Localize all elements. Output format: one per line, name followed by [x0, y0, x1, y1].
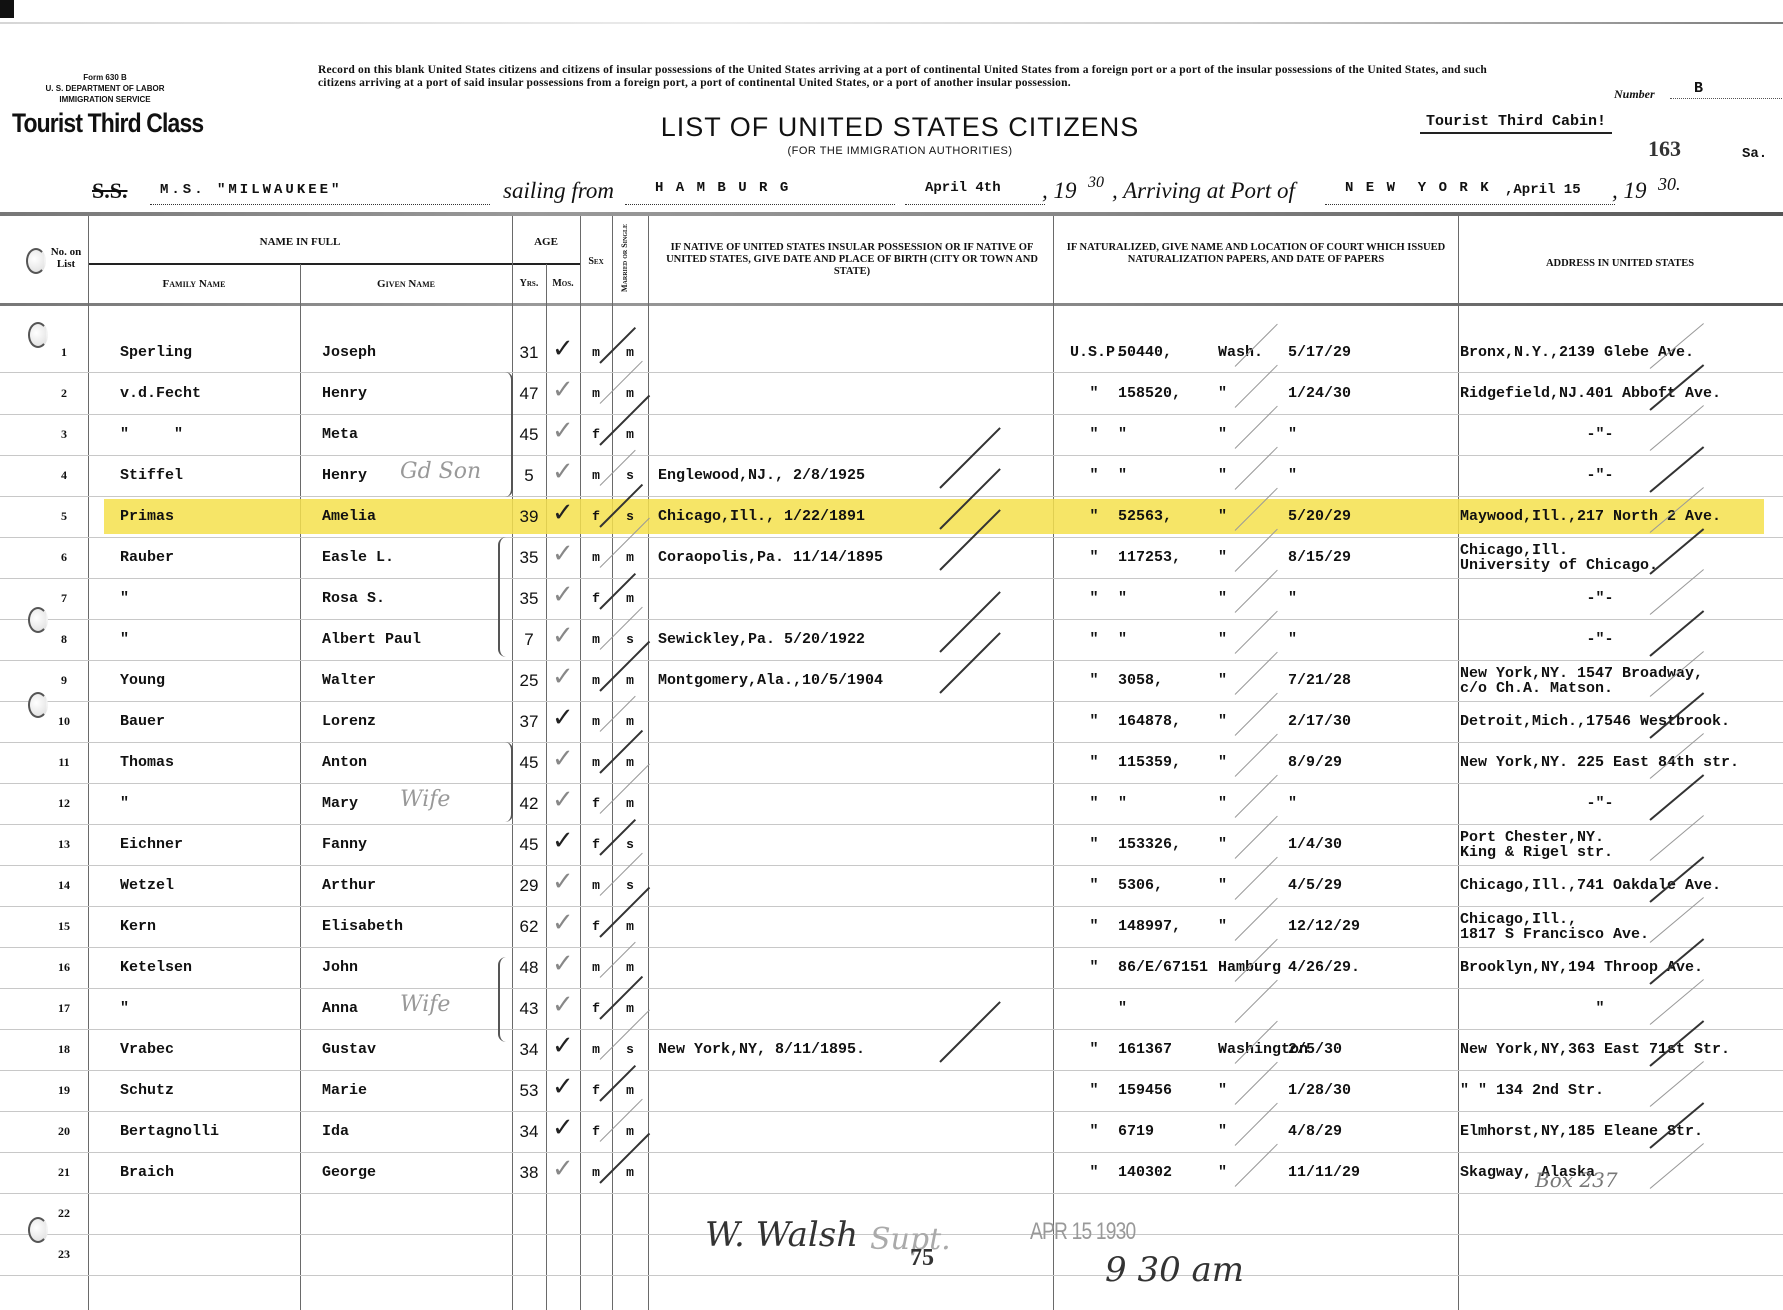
family-name: Braich	[120, 1152, 300, 1193]
us-address: Chicago,Ill.University of Chicago.	[1460, 537, 1780, 578]
table-row: 3" "Meta45fm " " " " -"-✓	[0, 414, 1783, 455]
age-years: 7	[512, 619, 546, 660]
address-line: -"-	[1440, 427, 1760, 442]
given-name: Henry	[322, 373, 512, 414]
nat-date: "	[1288, 795, 1388, 812]
address-line: -"-	[1440, 468, 1760, 483]
table-row: 10BauerLorenz37mm " 164878, " 2/17/30 De…	[0, 701, 1783, 742]
address-line: University of Chicago.	[1460, 558, 1658, 573]
marital-status: m	[612, 660, 648, 701]
nat-date: 1/28/30	[1288, 1082, 1388, 1099]
table-row: 17"Anna43fm " "Wife✓	[0, 988, 1783, 1029]
age-years: 47	[512, 373, 546, 414]
arrival-date: ,April 15	[1505, 182, 1581, 198]
nat-court-type: "	[1070, 426, 1118, 443]
nat-court-type: "	[1070, 1082, 1118, 1099]
age-months	[546, 1234, 580, 1275]
given-name: Ida	[322, 1111, 512, 1152]
nat-certificate-number: "	[1118, 1000, 1218, 1017]
marital-status: m	[612, 947, 648, 988]
departure-date: April 4th	[925, 180, 1001, 196]
us-address	[1460, 1193, 1780, 1234]
age-years: 29	[512, 865, 546, 906]
sex: m	[580, 1029, 612, 1070]
given-name: Lorenz	[322, 701, 512, 742]
birth-place-date: Montgomery,Ala.,10/5/1904	[658, 660, 1048, 701]
marital-status: m	[612, 332, 648, 373]
service: IMMIGRATION SERVICE	[30, 94, 180, 105]
family-name: Sperling	[120, 332, 300, 373]
us-address: Ridgefield,NJ.401 Abboft Ave.	[1460, 373, 1780, 414]
nat-certificate-number: 3058,	[1118, 672, 1218, 689]
passenger-count: 75	[910, 1245, 934, 1272]
family-name: "	[120, 988, 300, 1029]
nat-court-type: "	[1070, 713, 1118, 730]
arrival-port: N E W Y O R K	[1345, 180, 1491, 196]
nat-certificate-number: 158520,	[1118, 385, 1218, 402]
nat-date: "	[1288, 631, 1388, 648]
nat-date: 12/12/29	[1288, 918, 1388, 935]
sex	[580, 1193, 612, 1234]
check-mark-icon: ✓	[552, 1072, 574, 1102]
marital-status: m	[612, 701, 648, 742]
family-name: Bauer	[120, 701, 300, 742]
us-address: Chicago,Ill.,741 Oakdale Ave.	[1460, 865, 1780, 906]
list-number: 10	[40, 701, 88, 742]
list-number: 23	[40, 1234, 88, 1275]
given-name: John	[322, 947, 512, 988]
given-name: Easle L.	[322, 537, 512, 578]
us-address: -"-	[1460, 455, 1780, 496]
check-mark-icon: ✓	[552, 908, 574, 938]
check-mark-icon: ✓	[552, 498, 574, 528]
us-address: -"-	[1460, 783, 1780, 824]
age-years	[512, 1234, 546, 1275]
number-label: Number	[1614, 87, 1655, 102]
department: U. S. DEPARTMENT OF LABOR	[30, 83, 180, 94]
family-name: Bertagnolli	[120, 1111, 300, 1152]
address-line: New York,NY. 1547 Broadway,	[1460, 666, 1703, 681]
marital-status: m	[612, 578, 648, 619]
given-name: Fanny	[322, 824, 512, 865]
sex: m	[580, 537, 612, 578]
page-number: 163	[1648, 136, 1681, 162]
address-line: Bronx,N.Y.,2139 Glebe Ave.	[1460, 345, 1694, 360]
family-name: Kern	[120, 906, 300, 947]
header-naturalized: IF NATURALIZED, GIVE NAME AND LOCATION O…	[1060, 242, 1452, 266]
nat-court-type: "	[1070, 836, 1118, 853]
address-line: Chicago,Ill.,	[1460, 912, 1577, 927]
list-number: 9	[40, 660, 88, 701]
nat-certificate-number: "	[1118, 426, 1218, 443]
inspector-signature: W. Walsh	[705, 1215, 858, 1255]
nat-court-type: "	[1070, 631, 1118, 648]
arriving-label: , Arriving at Port of	[1112, 178, 1295, 204]
birth-place-date	[658, 1152, 1048, 1193]
check-mark-icon: ✓	[552, 1031, 574, 1061]
table-row: 7"Rosa S.35fm " " " " -"-✓	[0, 578, 1783, 619]
nat-certificate-number: 5306,	[1118, 877, 1218, 894]
age-months	[546, 1193, 580, 1234]
nat-date: 2/5/30	[1288, 1041, 1388, 1058]
nat-court-type: "	[1070, 385, 1118, 402]
list-number: 6	[40, 537, 88, 578]
birth-place-date	[658, 414, 1048, 455]
nat-certificate-number: 140302	[1118, 1164, 1218, 1181]
table-row: 11ThomasAnton45mm " 115359, " 8/9/29 New…	[0, 742, 1783, 783]
table-row: 18VrabecGustav34msNew York,NY, 8/11/1895…	[0, 1029, 1783, 1070]
address-line: -"-	[1440, 632, 1760, 647]
check-mark-icon: ✓	[552, 744, 574, 774]
family-name: Schutz	[120, 1070, 300, 1111]
vessel-prefix-struck: S.S.	[92, 178, 127, 204]
table-row: 13EichnerFanny45fs " 153326, " 1/4/30 Po…	[0, 824, 1783, 865]
age-years: 34	[512, 1111, 546, 1152]
nat-certificate-number: 117253,	[1118, 549, 1218, 566]
check-mark-icon: ✓	[552, 785, 574, 815]
nat-court-type: "	[1070, 959, 1118, 976]
sex: m	[580, 619, 612, 660]
address-line: New York,NY. 225 East 84th str.	[1460, 755, 1739, 770]
marital-status: m	[612, 1152, 648, 1193]
list-number: 18	[40, 1029, 88, 1070]
row-rule	[0, 1275, 1783, 1276]
header-married-single: Married or Single	[619, 218, 631, 298]
list-number: 3	[40, 414, 88, 455]
us-address: -"-	[1460, 619, 1780, 660]
sailing-from-label: sailing from	[503, 178, 614, 204]
header-given-name: Given Name	[300, 278, 512, 290]
birth-place-date: New York,NY, 8/11/1895.	[658, 1029, 1048, 1070]
marital-status: m	[612, 1070, 648, 1111]
table-row: 15KernElisabeth62fm " 148997, " 12/12/29…	[0, 906, 1783, 947]
list-number: 19	[40, 1070, 88, 1111]
table-row: 6RauberEasle L.35mmCoraopolis,Pa. 11/14/…	[0, 537, 1783, 578]
nat-date: 11/11/29	[1288, 1164, 1388, 1181]
header-age: AGE	[512, 236, 580, 248]
handwritten-relation-note: Gd Son	[400, 459, 481, 484]
nat-date: 1/4/30	[1288, 836, 1388, 853]
given-name: Amelia	[322, 496, 512, 537]
number-value: B	[1694, 80, 1703, 97]
check-mark-icon: ✓	[552, 703, 574, 733]
header-family-name: Family Name	[88, 278, 300, 290]
family-brace	[498, 537, 506, 657]
family-name: "	[120, 578, 300, 619]
list-number: 8	[40, 619, 88, 660]
table-row: 14WetzelArthur29ms " 5306, " 4/5/29 Chic…	[0, 865, 1783, 906]
punch-hole	[26, 248, 46, 274]
check-mark-icon: ✓	[552, 539, 574, 569]
age-years: 25	[512, 660, 546, 701]
nat-certificate-number: 86/E/67151	[1118, 959, 1218, 976]
header-yrs: Yrs.	[512, 278, 546, 290]
list-number: 17	[40, 988, 88, 1029]
arrival-time-note: 9 30 am	[1105, 1250, 1244, 1290]
age-years: 35	[512, 578, 546, 619]
check-mark-icon: ✓	[552, 662, 574, 692]
table-row: 21BraichGeorge38mm " 140302 " 11/11/29 S…	[0, 1152, 1783, 1193]
age-years: 45	[512, 742, 546, 783]
table-row: 9YoungWalter25mmMontgomery,Ala.,10/5/190…	[0, 660, 1783, 701]
nat-court-type: "	[1070, 1164, 1118, 1181]
age-years: 35	[512, 537, 546, 578]
list-number: 12	[40, 783, 88, 824]
nat-certificate-number: "	[1118, 590, 1218, 607]
sex	[580, 1234, 612, 1275]
family-brace	[498, 957, 506, 1042]
class-title: Tourist Third Class	[12, 108, 203, 139]
nat-court-type: "	[1070, 549, 1118, 566]
header-sex: Sex	[580, 256, 612, 268]
list-number: 11	[40, 742, 88, 783]
address-line: -"-	[1440, 796, 1760, 811]
list-number: 22	[40, 1193, 88, 1234]
header-no-on-list: No. on List	[44, 246, 88, 270]
record-instructions: Record on this blank United States citiz…	[318, 64, 1508, 90]
header-mos: Mos.	[546, 278, 580, 290]
sex: m	[580, 701, 612, 742]
nat-certificate-number: 148997,	[1118, 918, 1218, 935]
birth-place-date	[658, 742, 1048, 783]
header-birth: IF NATIVE OF UNITED STATES INSULAR POSSE…	[660, 242, 1044, 278]
given-name: Walter	[322, 660, 512, 701]
list-number: 13	[40, 824, 88, 865]
nat-date: 2/17/30	[1288, 713, 1388, 730]
table-row: 5PrimasAmelia39fsChicago,Ill., 1/22/1891…	[0, 496, 1783, 537]
page-suffix: Sa.	[1742, 146, 1767, 162]
address-line: -"-	[1440, 591, 1760, 606]
marital-status: m	[612, 414, 648, 455]
us-address: Elmhorst,NY,185 Eleane Str.	[1460, 1111, 1780, 1152]
page-title: LIST OF UNITED STATES CITIZENS	[620, 112, 1180, 143]
given-name: Marie	[322, 1070, 512, 1111]
sex: m	[580, 455, 612, 496]
list-number: 1	[40, 332, 88, 373]
birth-place-date	[658, 578, 1048, 619]
nat-court-type: "	[1070, 1041, 1118, 1058]
given-name: Joseph	[322, 332, 512, 373]
sex: m	[580, 947, 612, 988]
marital-status: s	[612, 455, 648, 496]
birth-place-date	[658, 906, 1048, 947]
family-name: Wetzel	[120, 865, 300, 906]
family-name: v.d.Fecht	[120, 373, 300, 414]
check-mark-icon: ✓	[552, 621, 574, 651]
given-name	[322, 1234, 512, 1275]
age-years: 39	[512, 496, 546, 537]
address-note: Box 237	[1535, 1168, 1618, 1192]
birth-place-date	[658, 701, 1048, 742]
marital-status: m	[612, 1111, 648, 1152]
header-bottom-rule	[0, 303, 1783, 306]
nat-court-type: "	[1070, 508, 1118, 525]
list-number: 15	[40, 906, 88, 947]
departure-port: H A M B U R G	[655, 180, 790, 196]
family-name: "	[120, 783, 300, 824]
us-address: Detroit,Mich.,17546 Westbrook.	[1460, 701, 1780, 742]
age-years: 53	[512, 1070, 546, 1111]
birth-place-date: Sewickley,Pa. 5/20/1922	[658, 619, 1048, 660]
age-years: 42	[512, 783, 546, 824]
marital-status: s	[612, 1029, 648, 1070]
age-years: 34	[512, 1029, 546, 1070]
us-address: "	[1460, 988, 1780, 1029]
family-name: Thomas	[120, 742, 300, 783]
us-address: Skagway, Alaska	[1460, 1152, 1780, 1193]
marital-status: m	[612, 783, 648, 824]
birth-place-date	[658, 332, 1048, 373]
age-years: 38	[512, 1152, 546, 1193]
header-address: ADDRESS IN UNITED STATES	[1460, 258, 1780, 270]
age-years	[512, 1193, 546, 1234]
table-row: 4StiffelHenry5msEnglewood,NJ., 2/8/1925 …	[0, 455, 1783, 496]
page-subtitle: (FOR THE IMMIGRATION AUTHORITIES)	[620, 145, 1180, 157]
nat-court-type: "	[1070, 754, 1118, 771]
marital-status: m	[612, 988, 648, 1029]
nat-certificate-number: 159456	[1118, 1082, 1218, 1099]
check-mark-icon: ✓	[552, 949, 574, 979]
nat-date: 5/17/29	[1288, 344, 1388, 361]
birth-place-date	[658, 1070, 1048, 1111]
table-row: 12"Mary42fm " " " " -"-Wife✓	[0, 783, 1783, 824]
departure-year-prefix: , 19	[1042, 178, 1077, 204]
list-number: 20	[40, 1111, 88, 1152]
nat-certificate-number: 153326,	[1118, 836, 1218, 853]
us-address: Bronx,N.Y.,2139 Glebe Ave.	[1460, 332, 1780, 373]
nat-date: 4/5/29	[1288, 877, 1388, 894]
birth-place-date: Englewood,NJ., 2/8/1925	[658, 455, 1048, 496]
given-name: Elisabeth	[322, 906, 512, 947]
us-address: Maywood,Ill.,217 North 2 Ave.	[1460, 496, 1780, 537]
given-name	[322, 1193, 512, 1234]
list-number: 21	[40, 1152, 88, 1193]
list-number: 16	[40, 947, 88, 988]
table-row: 8"Albert Paul7msSewickley,Pa. 5/20/1922 …	[0, 619, 1783, 660]
us-address: New York,NY. 1547 Broadway,c/o Ch.A. Mat…	[1460, 660, 1780, 701]
family-name: Primas	[120, 496, 300, 537]
family-name	[120, 1193, 300, 1234]
age-years: 45	[512, 824, 546, 865]
given-name: Meta	[322, 414, 512, 455]
check-mark-icon: ✓	[552, 375, 574, 405]
address-line: c/o Ch.A. Matson.	[1460, 681, 1613, 696]
marital-status: s	[612, 824, 648, 865]
birth-place-date: Coraopolis,Pa. 11/14/1895	[658, 537, 1048, 578]
form-number: Form 630 B	[30, 72, 180, 83]
address-line: " " 134 2nd Str.	[1460, 1083, 1604, 1098]
scan-edge-mark	[0, 0, 14, 18]
check-mark-icon: ✓	[552, 990, 574, 1020]
nat-court-type: "	[1070, 467, 1118, 484]
nat-date: "	[1288, 590, 1388, 607]
given-name: George	[322, 1152, 512, 1193]
given-name: Arthur	[322, 865, 512, 906]
table-row: 19SchutzMarie53fm " 159456 " 1/28/30 " "…	[0, 1070, 1783, 1111]
family-brace	[505, 742, 513, 822]
sex: f	[580, 783, 612, 824]
birth-place-date	[658, 865, 1048, 906]
nat-date: "	[1288, 467, 1388, 484]
address-line: "	[1440, 1001, 1760, 1016]
nat-certificate-number: 164878,	[1118, 713, 1218, 730]
nat-certificate-number: "	[1118, 795, 1218, 812]
given-name: Rosa S.	[322, 578, 512, 619]
date-stamp: APR 15 1930	[1030, 1218, 1135, 1246]
given-name: Albert Paul	[322, 619, 512, 660]
us-address: Brooklyn,NY,194 Throop Ave.	[1460, 947, 1780, 988]
marital-status	[612, 1193, 648, 1234]
family-name	[120, 1234, 300, 1275]
nat-court-type: "	[1070, 590, 1118, 607]
list-number: 2	[40, 373, 88, 414]
sex: m	[580, 373, 612, 414]
nat-certificate-number: 52563,	[1118, 508, 1218, 525]
us-address: -"-	[1460, 414, 1780, 455]
us-address: Chicago,Ill.,1817 S Francisco Ave.	[1460, 906, 1780, 947]
family-name: Stiffel	[120, 455, 300, 496]
check-mark-icon: ✓	[552, 826, 574, 856]
us-address: -"-	[1460, 578, 1780, 619]
list-number: 5	[40, 496, 88, 537]
nat-court-type: "	[1070, 918, 1118, 935]
handwritten-relation-note: Wife	[400, 992, 450, 1017]
birth-place-date	[658, 783, 1048, 824]
nat-certificate-number: 50440,	[1118, 344, 1218, 361]
nat-court-type: U.S.P.	[1070, 344, 1118, 361]
us-address: New York,NY,363 East 71st Str.	[1460, 1029, 1780, 1070]
marital-status: m	[612, 537, 648, 578]
list-number: 14	[40, 865, 88, 906]
marital-status: m	[612, 373, 648, 414]
marital-status: m	[612, 742, 648, 783]
name-age-divider	[88, 263, 580, 265]
check-mark-icon: ✓	[552, 334, 574, 364]
nat-date: 8/9/29	[1288, 754, 1388, 771]
family-name: " "	[120, 414, 300, 455]
list-number: 7	[40, 578, 88, 619]
table-top-rule	[0, 212, 1783, 216]
check-mark-icon: ✓	[552, 1154, 574, 1184]
family-name: Young	[120, 660, 300, 701]
nat-date: 1/24/30	[1288, 385, 1388, 402]
address-line: 1817 S Francisco Ave.	[1460, 927, 1649, 942]
birth-place-date	[658, 373, 1048, 414]
nat-court-type: "	[1070, 877, 1118, 894]
table-row: 20BertagnolliIda34fm " 6719 " 4/8/29 Elm…	[0, 1111, 1783, 1152]
sex: m	[580, 865, 612, 906]
list-number: 4	[40, 455, 88, 496]
nat-date: 4/26/29.	[1288, 959, 1388, 976]
marital-status	[612, 1234, 648, 1275]
nat-court-type: "	[1070, 672, 1118, 689]
birth-place-date	[658, 1111, 1048, 1152]
check-mark-icon: ✓	[552, 416, 574, 446]
check-mark-icon: ✓	[552, 1113, 574, 1143]
us-address: Port Chester,NY.King & Rigel str.	[1460, 824, 1780, 865]
table-row: 1SperlingJoseph31mm U.S.P. 50440, Wash. …	[0, 332, 1783, 373]
birth-place-date	[658, 947, 1048, 988]
nat-certificate-number: "	[1118, 631, 1218, 648]
nat-date: 4/8/29	[1288, 1123, 1388, 1140]
family-name: Ketelsen	[120, 947, 300, 988]
age-years: 5	[512, 455, 546, 496]
col-divider	[300, 264, 301, 265]
nat-court-type: "	[1070, 1123, 1118, 1140]
header-name-in-full: NAME IN FULL	[88, 236, 512, 248]
passenger-table: No. on List NAME IN FULL Family Name Giv…	[0, 212, 1783, 1310]
nat-certificate-number: 115359,	[1118, 754, 1218, 771]
